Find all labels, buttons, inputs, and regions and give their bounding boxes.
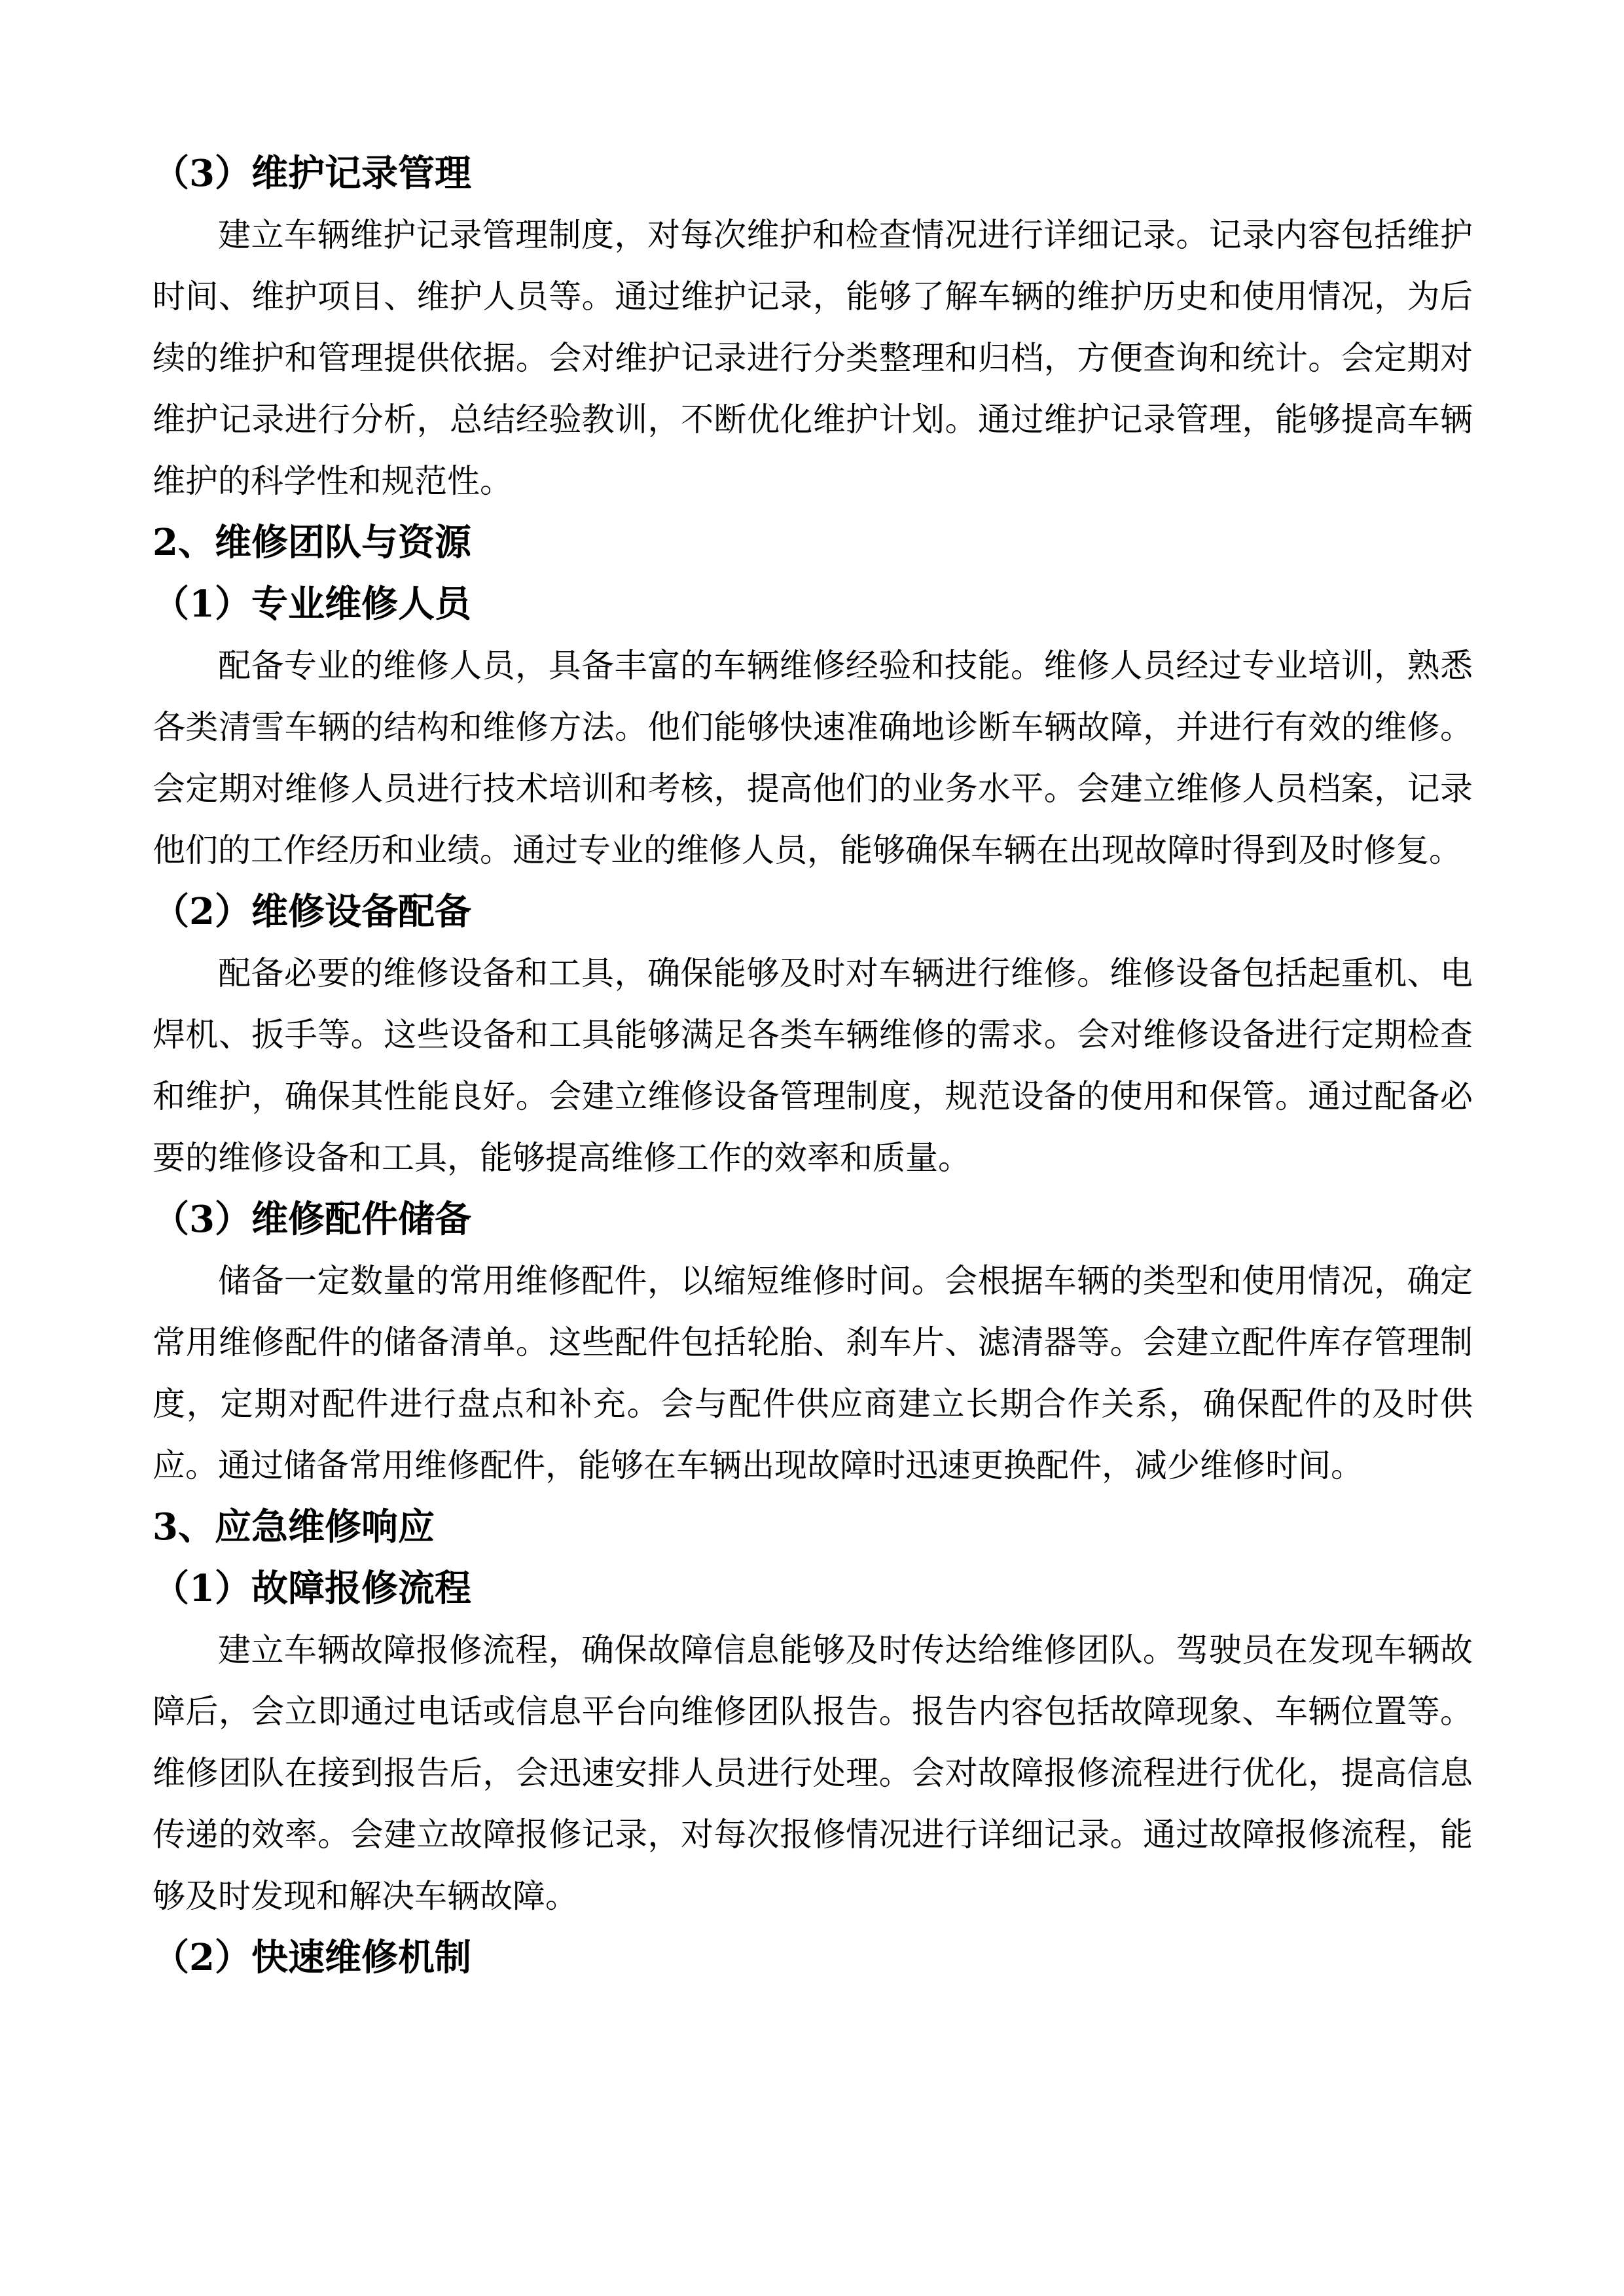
section-heading: （1）专业维修人员 [153, 573, 1473, 635]
section-heading: 2、维修团队与资源 [153, 512, 1473, 573]
section-heading: （3）维修配件储备 [153, 1189, 1473, 1250]
body-paragraph: 配备必要的维修设备和工具，确保能够及时对车辆进行维修。维修设备包括起重机、电焊机… [153, 942, 1473, 1189]
body-paragraph: 储备一定数量的常用维修配件，以缩短维修时间。会根据车辆的类型和使用情况，确定常用… [153, 1250, 1473, 1496]
section-heading: （3）维护记录管理 [153, 143, 1473, 204]
section-heading: （2）维修设备配备 [153, 881, 1473, 942]
document-page: （3）维护记录管理建立车辆维护记录管理制度，对每次维护和检查情况进行详细记录。记… [0, 0, 1624, 2296]
section-heading: （2）快速维修机制 [153, 1927, 1473, 1988]
body-paragraph: 配备专业的维修人员，具备丰富的车辆维修经验和技能。维修人员经过专业培训，熟悉各类… [153, 635, 1473, 881]
body-paragraph: 建立车辆维护记录管理制度，对每次维护和检查情况进行详细记录。记录内容包括维护时间… [153, 204, 1473, 512]
document-content: （3）维护记录管理建立车辆维护记录管理制度，对每次维护和检查情况进行详细记录。记… [153, 143, 1473, 1988]
section-heading: 3、应急维修响应 [153, 1496, 1473, 1558]
body-paragraph: 建立车辆故障报修流程，确保故障信息能够及时传达给维修团队。驾驶员在发现车辆故障后… [153, 1619, 1473, 1927]
section-heading: （1）故障报修流程 [153, 1558, 1473, 1619]
